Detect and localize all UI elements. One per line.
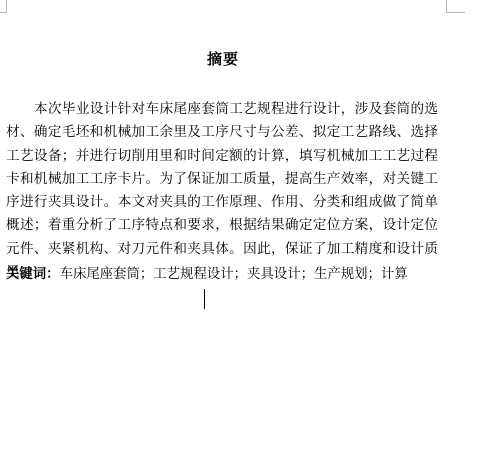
text-cursor — [204, 289, 205, 309]
keywords-line[interactable]: 关键词：车床尾座套筒；工艺规程设计；夹具设计；生产规划；计算 — [6, 264, 446, 286]
margin-corner-mark-top-right — [446, 0, 465, 13]
abstract-paragraph[interactable]: 本次毕业设计针对车床尾座套筒工艺规程进行设计，涉及套筒的选材、确定毛坯和机械加工… — [6, 98, 438, 284]
keywords-label: 关键词： — [6, 267, 60, 282]
abstract-title: 摘要 — [0, 48, 446, 69]
keywords-text: 车床尾座套筒；工艺规程设计；夹具设计；生产规划；计算 — [60, 267, 408, 282]
margin-corner-mark-top-left — [0, 0, 7, 13]
